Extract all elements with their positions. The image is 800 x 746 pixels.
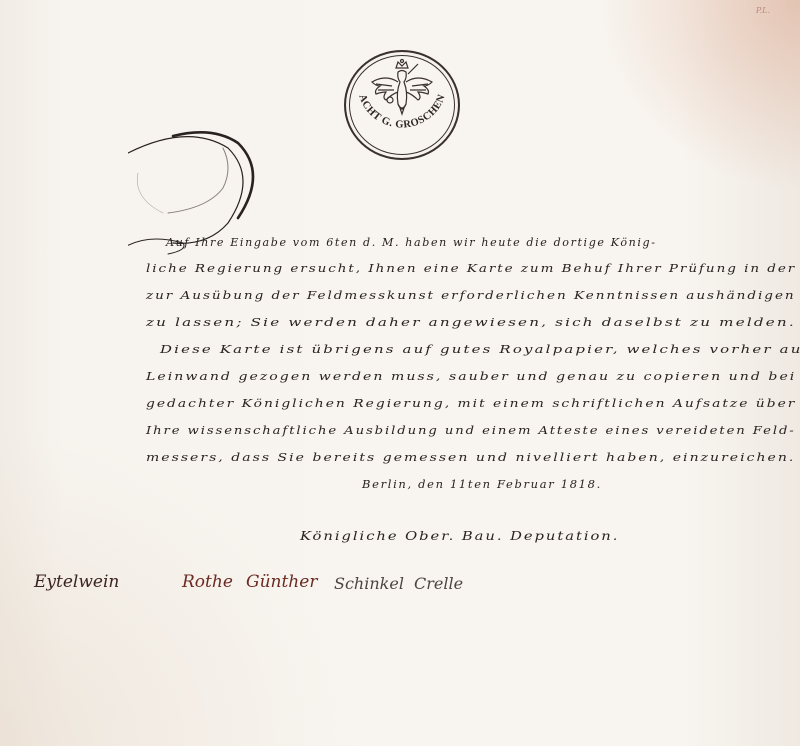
signature-eytelwein: Eytelwein xyxy=(34,572,119,592)
issuing-authority: Königliche Ober. Bau. Deputation. xyxy=(300,529,619,543)
body-line-4: zu lassen; Sie werden daher angewiesen, … xyxy=(146,316,796,329)
body-line-2: liche Regierung ersucht, Ihnen eine Kart… xyxy=(146,262,796,275)
signature-crelle: Crelle xyxy=(414,574,463,593)
signature-rothe: Rothe xyxy=(182,572,233,592)
body-line-7: gedachter Königlichen Regierung, mit ein… xyxy=(146,397,796,410)
crowned-eagle-icon: ACHT G. GROSCHEN xyxy=(346,52,458,158)
body-line-1: Auf Ihre Eingabe vom 6ten d. M. haben wi… xyxy=(166,236,791,249)
tax-stamp: ACHT G. GROSCHEN xyxy=(344,50,460,160)
signature-schinkel: Schinkel xyxy=(334,574,404,593)
svg-text:ACHT G. GROSCHEN: ACHT G. GROSCHEN xyxy=(356,93,447,131)
body-line-8: Ihre wissenschaftliche Ausbildung und ei… xyxy=(146,424,796,437)
body-line-5: Diese Karte ist übrigens auf gutes Royal… xyxy=(160,343,800,356)
body-line-3: zur Ausübung der Feldmesskunst erforderl… xyxy=(146,289,796,302)
signature-guenther: Günther xyxy=(246,572,317,592)
corner-mark: P.L. xyxy=(756,6,770,15)
dateline: Berlin, den 11ten Februar 1818. xyxy=(362,478,602,491)
body-line-6: Leinwand gezogen werden muss, sauber und… xyxy=(146,370,796,383)
stamp-text: ACHT G. GROSCHEN xyxy=(356,93,447,131)
body-line-9: messers, dass Sie bereits gemessen und n… xyxy=(146,451,795,464)
